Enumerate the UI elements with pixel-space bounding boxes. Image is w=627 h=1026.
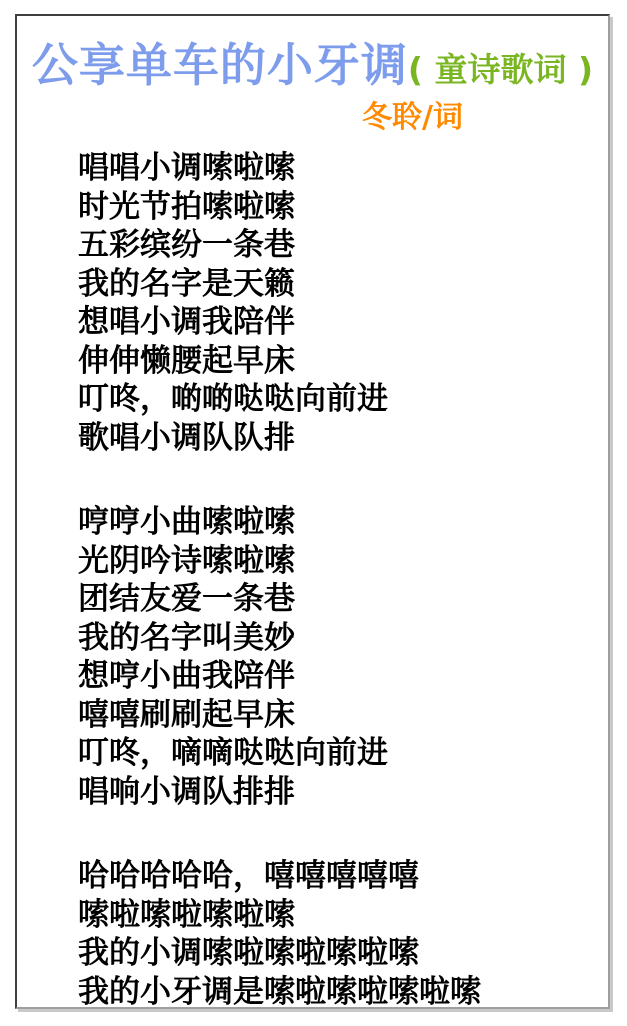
lyric-line: 我的名字叫美妙 [78,619,608,658]
lyric-line: 嘻嘻刷刷起早床 [78,696,608,735]
lyric-line: 光阴吟诗嗦啦嗦 [78,542,608,581]
lyric-line: 叮咚，啲啲哒哒向前进 [78,380,608,419]
lyric-line: 唱响小调队排排 [78,773,608,812]
lyric-line: 我的名字是天籁 [78,265,608,304]
lyric-line: 叮咚，嘀嘀哒哒向前进 [78,734,608,773]
lyric-line: 哈哈哈哈哈，嘻嘻嘻嘻嘻 [78,857,608,896]
stanza-2: 哼哼小曲嗦啦嗦 光阴吟诗嗦啦嗦 团结友爱一条巷 我的名字叫美妙 想哼小曲我陪伴 … [78,503,608,811]
lyric-line: 时光节拍嗦啦嗦 [78,188,608,227]
lyric-line: 团结友爱一条巷 [78,580,608,619]
lyric-line: 我的小牙调是嗦啦嗦啦嗦啦嗦 [78,973,608,1009]
byline-row: 冬聆/词 [117,100,610,140]
document-frame: 公享单车的小牙调( 童诗歌词 ) 冬聆/词 唱唱小调嗦啦嗦 时光节拍嗦啦嗦 五彩… [15,14,610,1009]
page-title: 公享单车的小牙调 [32,38,408,92]
lyric-line: 唱唱小调嗦啦嗦 [78,149,608,188]
lyric-line: 我的小调嗦啦嗦啦嗦啦嗦 [78,934,608,973]
byline: 冬聆/词 [362,100,463,135]
lyric-line: 嗦啦嗦啦嗦啦嗦 [78,896,608,935]
lyric-line: 想唱小调我陪伴 [78,303,608,342]
lyrics-body: 唱唱小调嗦啦嗦 时光节拍嗦啦嗦 五彩缤纷一条巷 我的名字是天籁 想唱小调我陪伴 … [17,149,608,1009]
stanza-3: 哈哈哈哈哈，嘻嘻嘻嘻嘻 嗦啦嗦啦嗦啦嗦 我的小调嗦啦嗦啦嗦啦嗦 我的小牙调是嗦啦… [78,857,608,1009]
stanza-1: 唱唱小调嗦啦嗦 时光节拍嗦啦嗦 五彩缤纷一条巷 我的名字是天籁 想唱小调我陪伴 … [78,149,608,457]
lyric-line: 歌唱小调队队排 [78,419,608,458]
title-row: 公享单车的小牙调( 童诗歌词 ) [17,38,608,93]
lyric-line: 五彩缤纷一条巷 [78,226,608,265]
lyric-line: 想哼小曲我陪伴 [78,657,608,696]
lyric-line: 伸伸懒腰起早床 [78,342,608,381]
lyric-line: 哼哼小曲嗦啦嗦 [78,503,608,542]
page-title-suffix: ( 童诗歌词 ) [408,50,593,89]
